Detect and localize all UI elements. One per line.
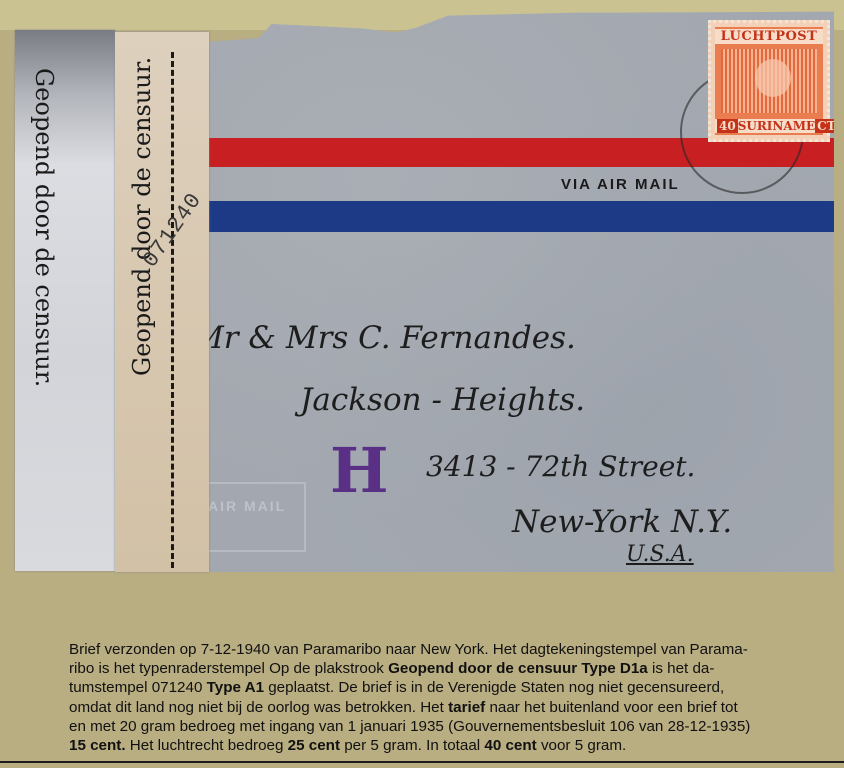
caption-run: en met 20 gram bedroeg met ingang van 1 …: [69, 718, 750, 735]
stamp-footer: 40 SURINAME CT: [715, 119, 823, 133]
censor-strip-middle-text: Geopend door de censuur.: [128, 57, 156, 376]
caption-rule: [0, 761, 844, 763]
caption-text: Brief verzonden op 7-12-1940 van Paramar…: [69, 640, 837, 755]
stamp-body: LUCHTPOST 40 SURINAME CT: [715, 27, 823, 135]
postage-stamp: LUCHTPOST 40 SURINAME CT: [708, 20, 830, 142]
censor-strip-left-text: Geopend door de censuur.: [30, 68, 58, 387]
address-line-district: Jackson - Heights.: [300, 382, 585, 418]
mercury-figure-icon: [721, 49, 817, 113]
caption-bold-run: 15 cent.: [69, 737, 126, 754]
caption-bold-run: Geopend door de censuur Type D1a: [388, 660, 648, 677]
caption-line: Brief verzonden op 7-12-1940 van Paramar…: [69, 640, 837, 659]
address-line-name: Mr & Mrs C. Fernandes.: [192, 320, 576, 356]
caption-line: omdat dit land nog niet bij de oorlog wa…: [69, 698, 837, 717]
caption-run: geplaatst. De brief is in de Verenigde S…: [264, 679, 724, 696]
caption-run: voor 5 gram.: [537, 737, 626, 754]
via-air-mail-label: VIA AIR MAIL: [561, 176, 680, 193]
caption-bold-run: tarief: [448, 699, 485, 716]
caption-run: ribo is het typenraderstempel Op de plak…: [69, 660, 388, 677]
caption-run: is het da-: [648, 660, 715, 677]
stamp-title: LUCHTPOST: [715, 29, 823, 44]
caption-run: per 5 gram. In totaal: [340, 737, 484, 754]
caption-line: en met 20 gram bedroeg met ingang van 1 …: [69, 717, 837, 736]
address-line-country: U.S.A.: [626, 542, 694, 567]
caption-bold-run: 25 cent: [288, 737, 340, 754]
address-line-street: 3413 - 72th Street.: [426, 450, 695, 483]
caption-line: ribo is het typenraderstempel Op de plak…: [69, 659, 837, 678]
caption-run: omdat dit land nog niet bij de oorlog wa…: [69, 699, 448, 716]
envelope: VIA AIR MAIL LUCHTPOST 40 SURINAME CT Mr…: [180, 10, 834, 572]
stamp-country: SURINAME: [738, 119, 815, 133]
airmail-stripe-blue: [186, 201, 834, 232]
stamp-value: 40: [717, 119, 738, 133]
faded-airmail-label: AIR MAIL: [202, 482, 306, 552]
handstamp-h: H: [330, 440, 389, 502]
caption-bold-run: Type A1: [207, 679, 264, 696]
caption-run: tumstempel 071240: [69, 679, 207, 696]
caption-run: Brief verzonden op 7-12-1940 van Paramar…: [69, 641, 748, 658]
caption-line: 15 cent. Het luchtrecht bedroeg 25 cent …: [69, 736, 837, 755]
stamp-currency: CT: [815, 119, 837, 133]
caption-bold-run: 40 cent: [484, 737, 536, 754]
caption-run: Het luchtrecht bedroeg: [126, 737, 288, 754]
caption-run: naar het buitenland voor een brief tot: [485, 699, 737, 716]
address-line-city: New-York N.Y.: [512, 504, 732, 540]
perforation-line: [171, 52, 174, 568]
caption-line: tumstempel 071240 Type A1 geplaatst. De …: [69, 678, 837, 697]
